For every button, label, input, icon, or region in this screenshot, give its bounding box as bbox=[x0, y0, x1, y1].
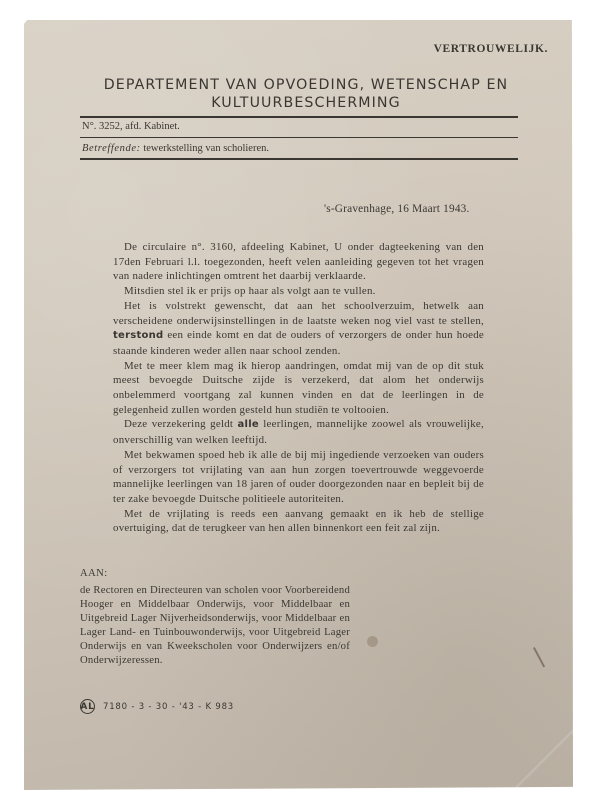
paragraph-1: De circulaire n°. 3160, afdeeling Kabine… bbox=[113, 240, 484, 284]
document-content: VERTROUWELIJK. DEPARTEMENT VAN OPVOEDING… bbox=[0, 0, 600, 807]
subject-label: Betreffende: bbox=[82, 143, 141, 154]
paragraph-3-end: een einde komt en dat de ouders of verzo… bbox=[113, 329, 484, 357]
paragraph-5: Deze verzekering geldt alle leerlingen, … bbox=[113, 417, 484, 447]
paragraph-4: Met te meer klem mag ik hierop aandringe… bbox=[113, 359, 484, 418]
subject-row: Betreffende: tewerkstelling van scholier… bbox=[82, 143, 269, 154]
addressees-text: de Rectoren en Directeuren van scholen v… bbox=[80, 583, 350, 668]
paragraph-3-start: Het is volstrekt gewenscht, dat aan het … bbox=[113, 300, 484, 327]
addressees-label: AAN: bbox=[80, 568, 108, 579]
paragraph-2: Mitsdien stel ik er prijs op haar als vo… bbox=[113, 284, 484, 299]
department-heading: DEPARTEMENT VAN OPVOEDING, WETENSCHAP EN… bbox=[80, 76, 532, 112]
department-heading-line-1: DEPARTEMENT VAN OPVOEDING, WETENSCHAP EN bbox=[80, 76, 532, 94]
paper-scratch bbox=[533, 647, 545, 667]
emphasis-terstond: terstond bbox=[113, 330, 163, 341]
divider-top bbox=[80, 116, 518, 118]
divider-middle bbox=[80, 137, 518, 138]
reference-number: N°. 3252, afd. Kabinet. bbox=[82, 121, 180, 132]
emphasis-alle: alle bbox=[238, 419, 259, 430]
printer-mark: AL 7180 - 3 - 30 - '43 - K 983 bbox=[80, 699, 234, 714]
paragraph-3: Het is volstrekt gewenscht, dat aan het … bbox=[113, 299, 484, 359]
divider-bottom bbox=[80, 158, 518, 160]
department-heading-line-2: KULTUURBESCHERMING bbox=[80, 94, 532, 112]
subject-value: tewerkstelling van scholieren. bbox=[143, 143, 269, 154]
paper-stain bbox=[367, 636, 378, 647]
classification-stamp: VERTROUWELIJK. bbox=[434, 43, 548, 55]
paragraph-5-start: Deze verzekering geldt bbox=[124, 418, 238, 430]
paragraph-7: Met de vrijlating is reeds een aanvang g… bbox=[113, 507, 484, 536]
paragraph-6: Met bekwamen spoed heb ik alle de bij mi… bbox=[113, 448, 484, 507]
printer-code: 7180 - 3 - 30 - '43 - K 983 bbox=[103, 702, 234, 712]
place-and-date: 's-Gravenhage, 16 Maart 1943. bbox=[324, 203, 470, 215]
letter-body: De circulaire n°. 3160, afdeeling Kabine… bbox=[113, 240, 484, 536]
printer-logo-icon: AL bbox=[80, 699, 95, 714]
